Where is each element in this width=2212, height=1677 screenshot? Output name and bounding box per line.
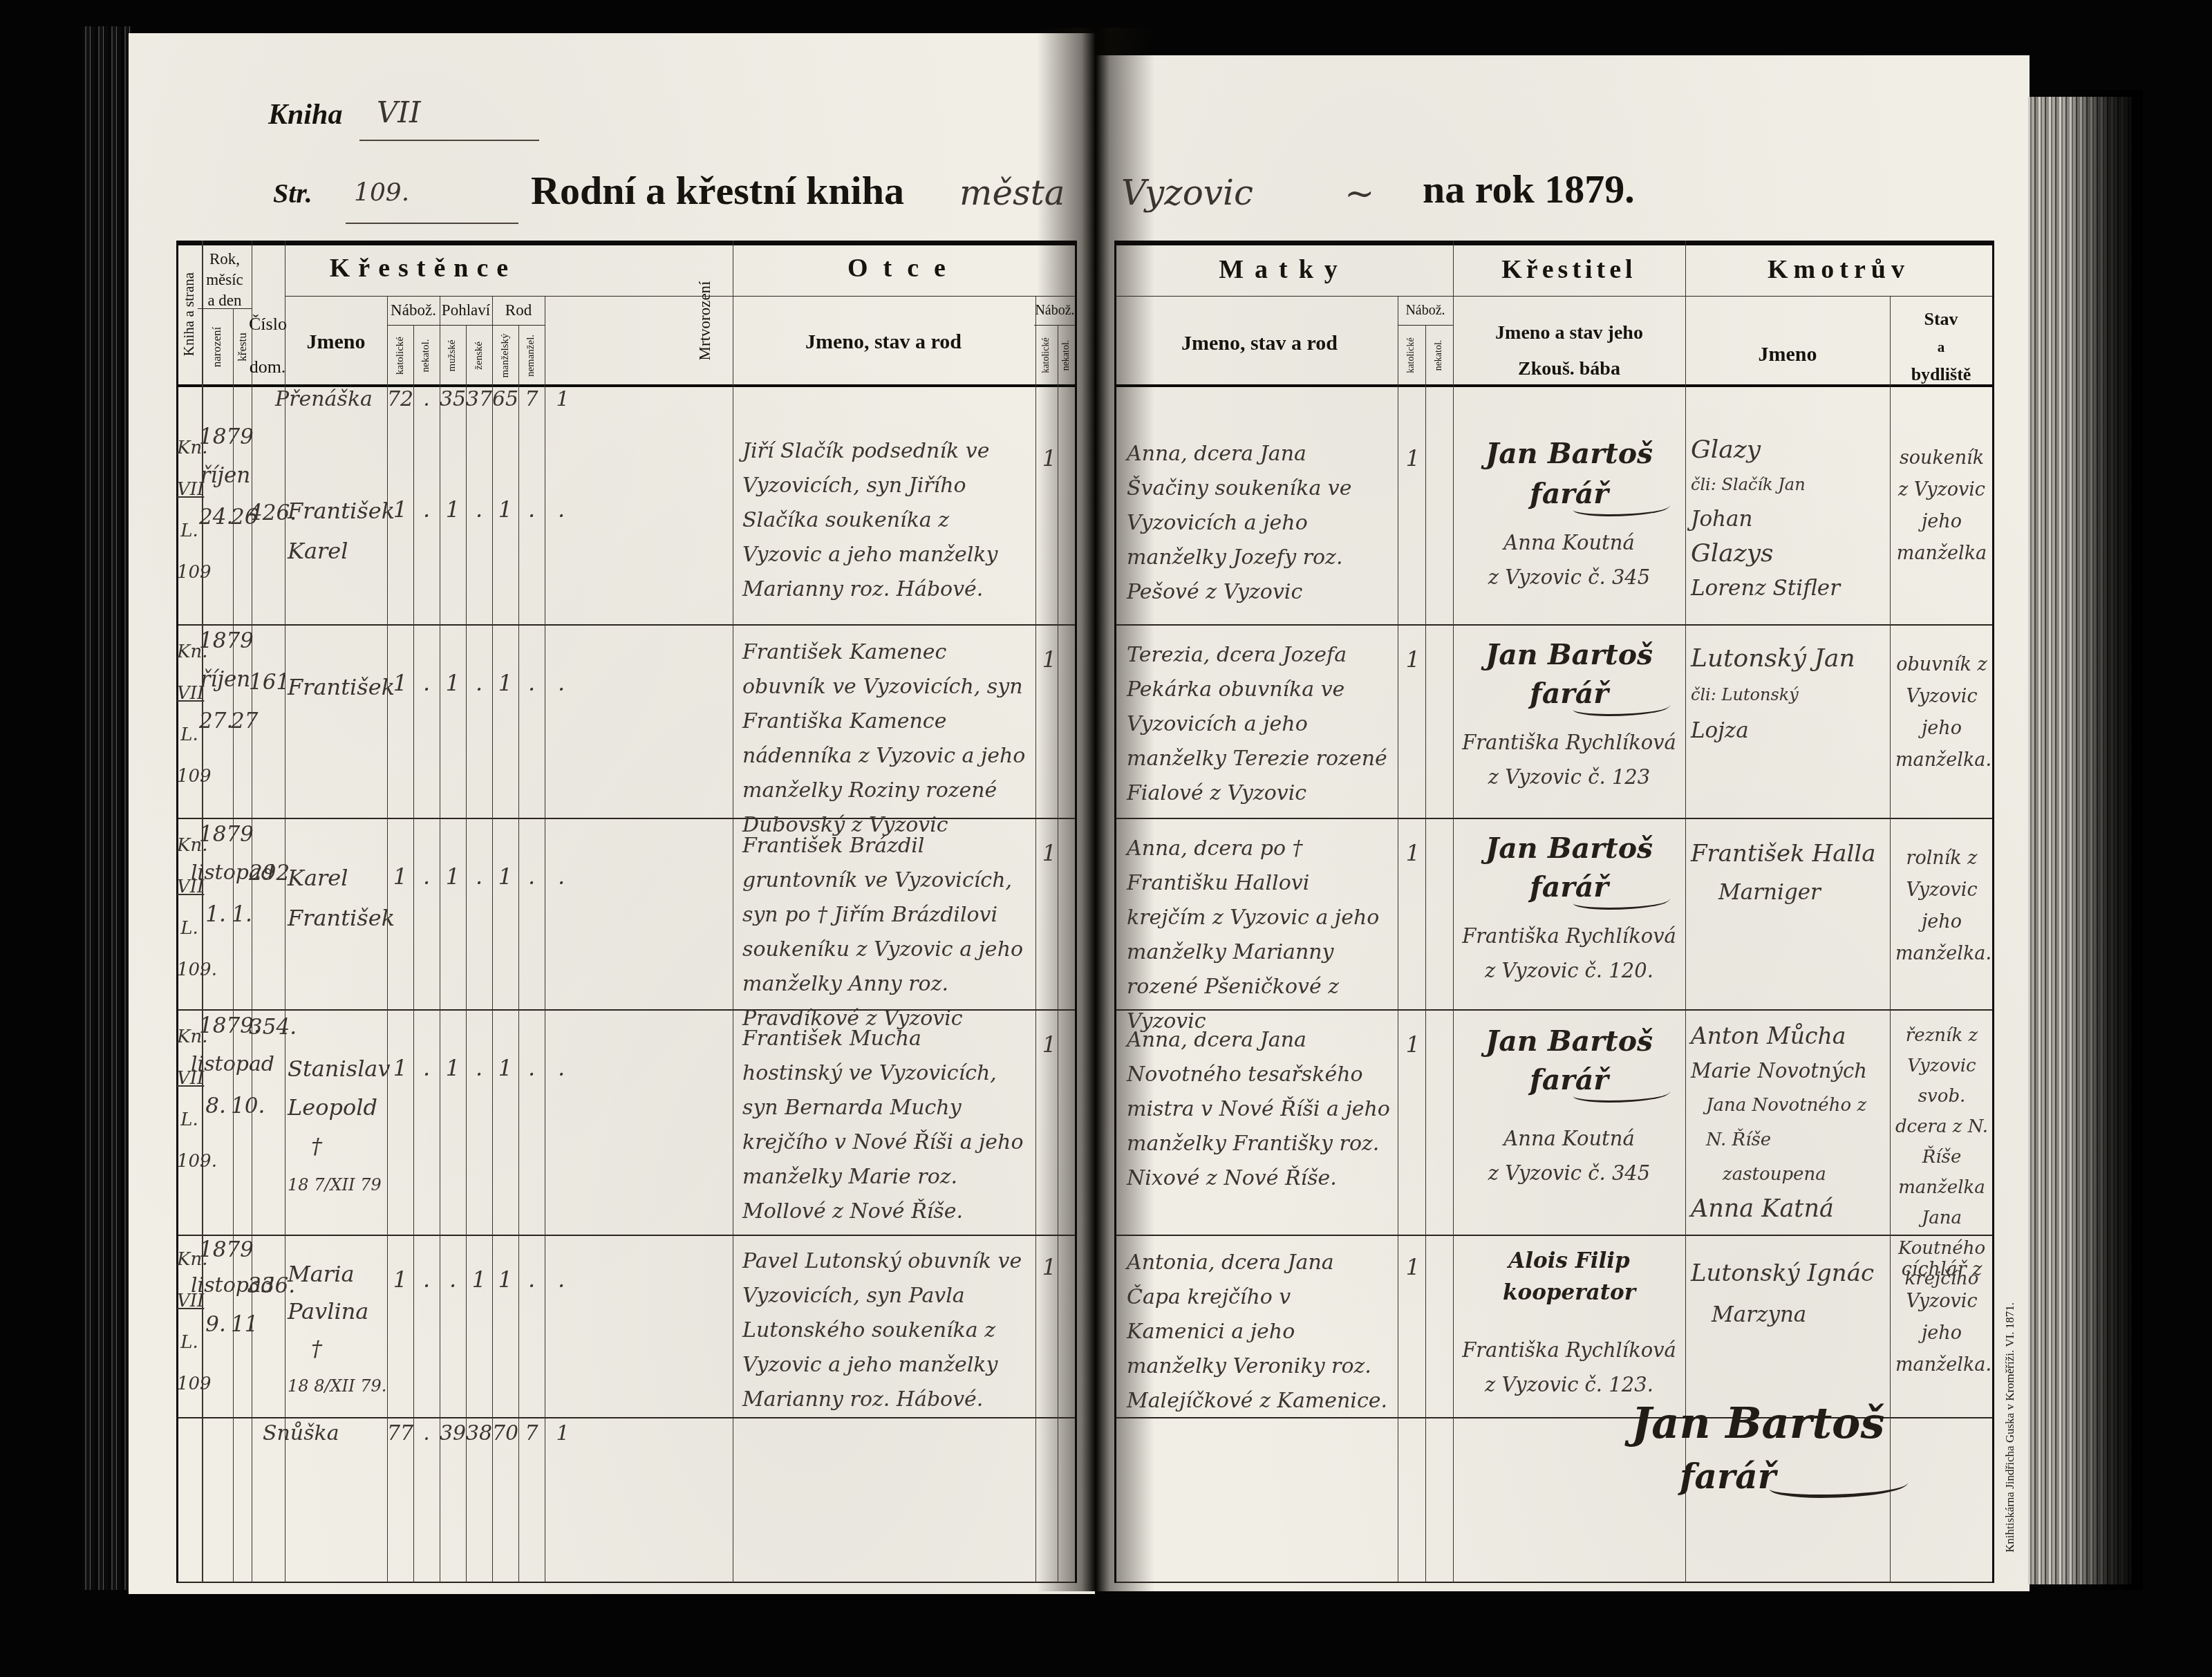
signature-flourish [1573, 699, 1670, 716]
carryover-mrtvorozeni: 1 [545, 387, 581, 411]
carryover-katolicke: 72 [387, 387, 413, 411]
father-entry: Jiří Slačík podsedník ve Vyzovicích, syn… [742, 434, 1027, 607]
child-name-line1: František [288, 667, 387, 707]
kniha-number: VII [377, 95, 421, 129]
divider [176, 1417, 1077, 1418]
section-krestence: Křestěnce [285, 253, 561, 283]
house-number: 292 [249, 861, 288, 886]
godparent-signature: Lutonský Ignác [1691, 1253, 1887, 1294]
column-otce-katolicke: katolické [1035, 326, 1058, 384]
column-jmeno: Jmeno [285, 330, 387, 354]
divider [176, 241, 1077, 245]
divider [285, 296, 1076, 297]
column-rok-line2: a den [196, 290, 253, 311]
tick-muzske: . [440, 1266, 466, 1293]
tick-zenske: 1 [466, 1266, 492, 1293]
midwife-place: z Vyzovic č. 345 [1456, 1161, 1683, 1185]
godparent-names: Lutonský Ignác Marzyna [1691, 1253, 1887, 1336]
father-entry: František Brázdil gruntovník ve Vyzovicí… [742, 829, 1027, 1036]
column-kmotr-stav: Stav a bydliště [1890, 306, 1992, 388]
total-muzske: 39 [440, 1421, 466, 1445]
godparent-status: cíchlář z Vyzovic jeho manželka. [1895, 1254, 1988, 1381]
group-otce-naboz: Nábož. [1031, 303, 1078, 319]
table-row: Kn. VII L. 109. 1879. listopad 8. 10. 35… [0, 1011, 2212, 1235]
mother-naboz-tick: 1 [1399, 1254, 1427, 1280]
table-row: Kn. VII L. 109. 1879 listopad 1. 1. 292 … [0, 819, 2212, 1009]
baptizer-name: Jan Bartoš [1456, 1024, 1683, 1058]
child-name: František Karel [288, 491, 387, 571]
group-naboz: Nábož. [386, 301, 441, 319]
ref-l: L. [177, 510, 202, 552]
father-entry: František Kamenec obuvník ve Vyzovicích,… [742, 635, 1027, 843]
book-page-ref: Kn. VII L. 109. [177, 825, 202, 991]
death-date: 18 7/XII 79 [288, 1165, 391, 1204]
page-number-value: 109. [354, 178, 409, 207]
baptism-day: 1. [231, 902, 253, 927]
godparent-signature: Lutonský Jan [1691, 641, 1887, 677]
godparent-signature: Marzyna [1691, 1294, 1887, 1336]
baptism-day: 10. [231, 1094, 256, 1118]
child-name-line2: Pavlina [288, 1293, 391, 1330]
tick-nemanzel: . [518, 670, 545, 696]
divider [346, 223, 518, 224]
column-mrtvorozeni: Mrtvorození [684, 257, 726, 384]
birth-day: 27. [199, 709, 232, 733]
month: říjen [194, 463, 257, 488]
ref-l: L. [177, 714, 202, 756]
tick-manzelsky: 1 [492, 496, 518, 523]
total-zenske: 38 [466, 1421, 492, 1445]
carryover-nemanzel: 7 [518, 387, 545, 411]
column-matky-nekatol: nekatol. [1425, 326, 1453, 384]
book-title-hand-mesta: města [959, 173, 1065, 213]
child-name-line2: František [288, 898, 387, 938]
birth-day: 9. [199, 1312, 232, 1337]
tick-manzelsky: 1 [492, 863, 518, 890]
year: 1879 [199, 628, 253, 653]
carryover-manzelsky: 65 [492, 387, 518, 411]
register-scan: Kniha VII Str. 109. Rodní a křestní knih… [0, 0, 2212, 1677]
godparent-signature: Johan [1691, 502, 1887, 536]
tick-zenske: . [466, 496, 492, 523]
tick-nekatol: . [413, 670, 440, 696]
carryover-nekatol: . [413, 387, 440, 411]
signature-flourish [1573, 1085, 1670, 1103]
tick-nemanzel: . [518, 496, 545, 523]
column-cislo-line1: Číslo [249, 303, 286, 346]
godparent-note: zastoupena [1691, 1157, 1887, 1192]
ref-l: L. [177, 1099, 202, 1141]
ref-strana: 109. [177, 949, 202, 991]
father-naboz-tick: 1 [1035, 445, 1063, 471]
ref-strana: 109 [177, 552, 202, 593]
mother-naboz-tick: 1 [1399, 840, 1427, 866]
baptizer-entry: Jan Bartoš farář Františka Rychlíková z … [1456, 819, 1683, 1009]
tick-zenske: . [466, 863, 492, 890]
book-page-ref: Kn. VII L. 109. [177, 1016, 202, 1182]
midwife-place: z Vyzovic č. 120. [1456, 959, 1683, 982]
birth-day: 24. [199, 505, 232, 530]
divider [1114, 1582, 1994, 1583]
godparent-signature: Lojza [1691, 713, 1887, 749]
tick-katolicke: 1 [387, 670, 413, 696]
baptizer-entry: Jan Bartoš farář Františka Rychlíková z … [1456, 626, 1683, 818]
godparent-note: čli: Lutonský [1691, 677, 1887, 713]
ref-l: L. [177, 908, 202, 949]
father-naboz-tick: 1 [1035, 1254, 1063, 1280]
year: 1879 [199, 424, 253, 449]
book-title-hand-place: Vyzovic [1121, 173, 1253, 213]
table-row: Kn. VII L. 109 1879 říjen 24. 26 426. Fr… [0, 422, 2212, 624]
column-krestitel-sub1: Jmeno a stav jeho [1453, 322, 1685, 344]
mother-entry: Terezia, dcera Jozefa Pekárka obuvníka v… [1127, 638, 1391, 811]
column-krestitel-sub2: Zkouš. bába [1453, 358, 1685, 380]
mother-naboz-tick: 1 [1399, 646, 1427, 673]
book-page-ref: Kn. VII L. 109 [177, 1239, 202, 1405]
table-row: Kn. VII L. 109 1879 listopad 9. 11 336. … [0, 1236, 2212, 1417]
totals-label: Snůška [263, 1421, 387, 1445]
midwife-place: z Vyzovic č. 123 [1456, 765, 1683, 789]
year: 1879. [199, 1013, 253, 1038]
tick-katolicke: 1 [387, 496, 413, 523]
total-manzelsky: 70 [492, 1421, 518, 1445]
child-name-line1: Stanislav [288, 1049, 391, 1088]
total-nekatol: . [413, 1421, 440, 1445]
ref-kn: Kn. [177, 427, 202, 469]
column-manzelsky: manželský [492, 326, 518, 384]
child-name-line2: Leopold [288, 1088, 391, 1127]
column-zenske: ženské [466, 326, 492, 384]
child-name-line1: František [288, 491, 387, 531]
book-title: Rodní a křestní kniha [531, 167, 904, 214]
baptizer-name: Jan Bartoš [1456, 832, 1683, 865]
divider [176, 1582, 1077, 1583]
father-naboz-tick: 1 [1035, 646, 1063, 673]
death-date: 18 8/XII 79. [288, 1367, 391, 1405]
child-name-line2: Karel [288, 531, 387, 571]
tick-mrtvorozeni: . [545, 1266, 578, 1293]
tick-zenske: . [466, 670, 492, 696]
month: říjen [194, 667, 257, 692]
column-kmotr-jmeno: Jmeno [1685, 343, 1890, 366]
tick-katolicke: 1 [387, 1055, 413, 1081]
tick-mrtvorozeni: . [545, 1055, 578, 1081]
baptizer-entry: Jan Bartoš farář Anna Koutná z Vyzovic č… [1456, 1011, 1683, 1235]
death-cross: † [288, 1127, 391, 1165]
section-otce: Otce [733, 253, 1076, 283]
godparent-names: František Halla Marniger [1691, 834, 1887, 912]
tick-katolicke: 1 [387, 863, 413, 890]
carryover-zenske: 37 [466, 387, 492, 411]
tick-zenske: . [466, 1055, 492, 1081]
godparent-signature: Lorenz Stifler [1691, 571, 1887, 606]
baptizer-entry: Jan Bartoš farář Anna Koutná z Vyzovic č… [1456, 422, 1683, 624]
column-matky-jmeno-stav-rod: Jmeno, stav a rod [1121, 332, 1398, 355]
father-naboz-tick: 1 [1035, 840, 1063, 866]
midwife-name: Anna Koutná [1456, 1127, 1683, 1150]
tick-manzelsky: 1 [492, 1266, 518, 1293]
carryover-row: Přenáška 72 . 35 37 65 7 1 [0, 387, 2212, 422]
column-kmotr-stav-line2: a [1890, 333, 1992, 361]
mother-entry: Antonia, dcera Jana Čapa krejčího v Kame… [1127, 1246, 1391, 1418]
column-nemanzel: nemanžel. [518, 326, 545, 384]
priest-signature-title: farář [1680, 1456, 1776, 1497]
ref-strana: 109 [177, 756, 202, 797]
divider [1114, 296, 1992, 297]
tick-nekatol: . [413, 496, 440, 523]
child-name-line1: Maria [288, 1255, 391, 1293]
total-katolicke: 77 [387, 1421, 413, 1445]
godparent-signature: Marie Novotných [1691, 1053, 1887, 1088]
godparent-names: Anton Můcha Marie Novotných Jana Novotné… [1691, 1019, 1887, 1226]
column-matky-katolicke: katolické [1398, 326, 1425, 384]
group-matky-naboz: Nábož. [1395, 303, 1456, 319]
carryover-muzske: 35 [440, 387, 466, 411]
tick-muzske: 1 [440, 863, 466, 890]
midwife-name: Františka Rychlíková [1456, 731, 1683, 754]
ref-strana: 109. [177, 1141, 202, 1182]
midwife-name: Františka Rychlíková [1456, 1338, 1683, 1362]
tick-muzske: 1 [440, 670, 466, 696]
child-name: František [288, 667, 387, 707]
column-kmotr-stav-line3: bydliště [1890, 361, 1992, 388]
tick-nekatol: . [413, 863, 440, 890]
title-tilde: ~ [1344, 173, 1375, 214]
mother-entry: Anna, dcera Jana Novotného tesařského mi… [1127, 1023, 1391, 1196]
birth-day: 8. [199, 1094, 232, 1118]
printer-imprint: Knihtiskárna Jindřicha Guska v Kroměříži… [1995, 1265, 2025, 1590]
tick-mrtvorozeni: . [545, 496, 578, 523]
house-number: 354. [249, 1015, 290, 1040]
baptizer-name: Alois Filip [1456, 1248, 1683, 1273]
column-narozeni: narození [202, 311, 233, 383]
tick-muzske: 1 [440, 496, 466, 523]
ref-l: L. [177, 1322, 202, 1363]
mother-naboz-tick: 1 [1399, 1031, 1427, 1058]
child-name: Stanislav Leopold † 18 7/XII 79 [288, 1049, 391, 1204]
child-name: Maria Pavlina † 18 8/XII 79. [288, 1255, 391, 1405]
section-matky: Matky [1114, 254, 1453, 285]
godparent-signature: Anton Můcha [1691, 1019, 1887, 1053]
baptizer-title: kooperator [1456, 1280, 1683, 1305]
book-page-ref: Kn. VII L. 109 [177, 631, 202, 797]
child-name-line1: Karel [288, 858, 387, 898]
section-krestitel: Křestitel [1453, 254, 1685, 285]
total-nemanzel: 7 [518, 1421, 545, 1445]
child-name: Karel František [288, 858, 387, 938]
column-katolicke: katolické [387, 326, 413, 384]
tick-nemanzel: . [518, 863, 545, 890]
divider [1034, 325, 1076, 326]
godparent-names: Lutonský Jan čli: Lutonský Lojza [1691, 641, 1887, 749]
godparent-signature: František Halla [1691, 834, 1887, 873]
godparent-signature: Anna Katná [1691, 1192, 1887, 1226]
year: 1879 [199, 822, 253, 847]
baptism-day: 27 [231, 709, 253, 733]
baptizer-name: Jan Bartoš [1456, 437, 1683, 470]
column-rok-mesic-den: Rok, měsíc a den [196, 249, 253, 311]
house-number: 336. [247, 1273, 289, 1298]
father-naboz-tick: 1 [1035, 1031, 1063, 1058]
ref-kn: Kn. [177, 825, 202, 866]
tick-mrtvorozeni: . [545, 863, 578, 890]
column-cislo-line2: dom. [249, 346, 286, 388]
group-pohlavi: Pohlaví [438, 301, 494, 319]
ref-strana: 109 [177, 1363, 202, 1405]
carryover-label: Přenáška [275, 387, 393, 411]
house-number: 426. [249, 500, 288, 525]
book-title-year: na rok 1879. [1423, 166, 1635, 212]
baptizer-entry: Alois Filip kooperator Františka Rychlík… [1456, 1236, 1683, 1417]
midwife-place: z Vyzovic č. 123. [1456, 1373, 1683, 1396]
tick-manzelsky: 1 [492, 670, 518, 696]
total-mrtvorozeni: 1 [545, 1421, 581, 1445]
kniha-label: Kniha [268, 98, 342, 131]
year: 1879 [199, 1237, 253, 1262]
tick-manzelsky: 1 [492, 1055, 518, 1081]
ref-kn: Kn. [177, 631, 202, 673]
signature-flourish [1573, 499, 1670, 516]
midwife-name: Anna Koutná [1456, 531, 1683, 554]
divider [359, 140, 539, 141]
column-muzske: mužské [440, 326, 466, 384]
table-row: Kn. VII L. 109 1879 říjen 27. 27 161 Fra… [0, 626, 2212, 818]
godparent-signature: Marniger [1691, 873, 1887, 912]
column-otce-nekatol: nekatol. [1058, 326, 1076, 384]
tick-nemanzel: . [518, 1055, 545, 1081]
divider [1114, 241, 1994, 245]
month: listopad [191, 1052, 260, 1076]
tick-muzske: 1 [440, 1055, 466, 1081]
midwife-name: Františka Rychlíková [1456, 924, 1683, 948]
mother-entry: Anna, dcera po † Františku Hallovi krejč… [1127, 832, 1391, 1039]
signature-flourish [1770, 1474, 1908, 1498]
birth-day: 1. [199, 902, 232, 927]
priest-signature-block: Jan Bartoš farář [1618, 1398, 1935, 1515]
column-kmotr-stav-line1: Stav [1890, 306, 1992, 333]
father-entry: František Mucha hostinský ve Vyzovicích,… [742, 1022, 1027, 1229]
godparent-status: rolník z Vyzovic jeho manželka. [1895, 843, 1988, 970]
tick-katolicke: 1 [387, 1266, 413, 1293]
mother-naboz-tick: 1 [1399, 445, 1427, 471]
godparent-signature: Glazy [1691, 433, 1887, 467]
house-number: 161 [249, 670, 288, 695]
death-cross: † [288, 1330, 391, 1367]
column-nekatol: nekatol. [413, 326, 440, 384]
group-rod: Rod [491, 301, 546, 319]
tick-mrtvorozeni: . [545, 670, 578, 696]
ref-kn: Kn. [177, 1016, 202, 1058]
godparent-names: Glazy čli: Slačík Jan Johan Glazys Loren… [1691, 433, 1887, 606]
midwife-place: z Vyzovic č. 345 [1456, 565, 1683, 589]
mother-entry: Anna, dcera Jana Švačiny soukeníka ve Vy… [1127, 437, 1391, 610]
godparent-note: Jana Novotného z N. Říše [1691, 1088, 1887, 1157]
section-kmotruv: Kmotrův [1685, 254, 1992, 285]
tick-nekatol: . [413, 1266, 440, 1293]
godparent-status: soukeník z Vyzovic jeho manželka [1895, 442, 1988, 570]
book-page-ref: Kn. VII L. 109 [177, 427, 202, 593]
godparent-status: obuvník z Vyzovic jeho manželka. [1895, 649, 1988, 776]
page-number-label: Str. [273, 177, 312, 209]
godparent-signature: Glazys [1691, 536, 1887, 571]
baptizer-name: Jan Bartoš [1456, 638, 1683, 671]
signature-flourish [1573, 892, 1670, 910]
godparent-note: čli: Slačík Jan [1691, 467, 1887, 502]
tick-nemanzel: . [518, 1266, 545, 1293]
father-entry: Pavel Lutonský obuvník ve Vyzovicích, sy… [742, 1244, 1027, 1417]
priest-signature-name: Jan Bartoš [1631, 1398, 1884, 1448]
column-cislo-dom: Číslo dom. [249, 303, 286, 388]
column-rok-line1: Rok, měsíc [196, 249, 253, 290]
tick-nekatol: . [413, 1055, 440, 1081]
baptism-day: 11 [231, 1312, 256, 1337]
column-otce-jmeno-stav-rod: Jmeno, stav a rod [737, 330, 1030, 354]
